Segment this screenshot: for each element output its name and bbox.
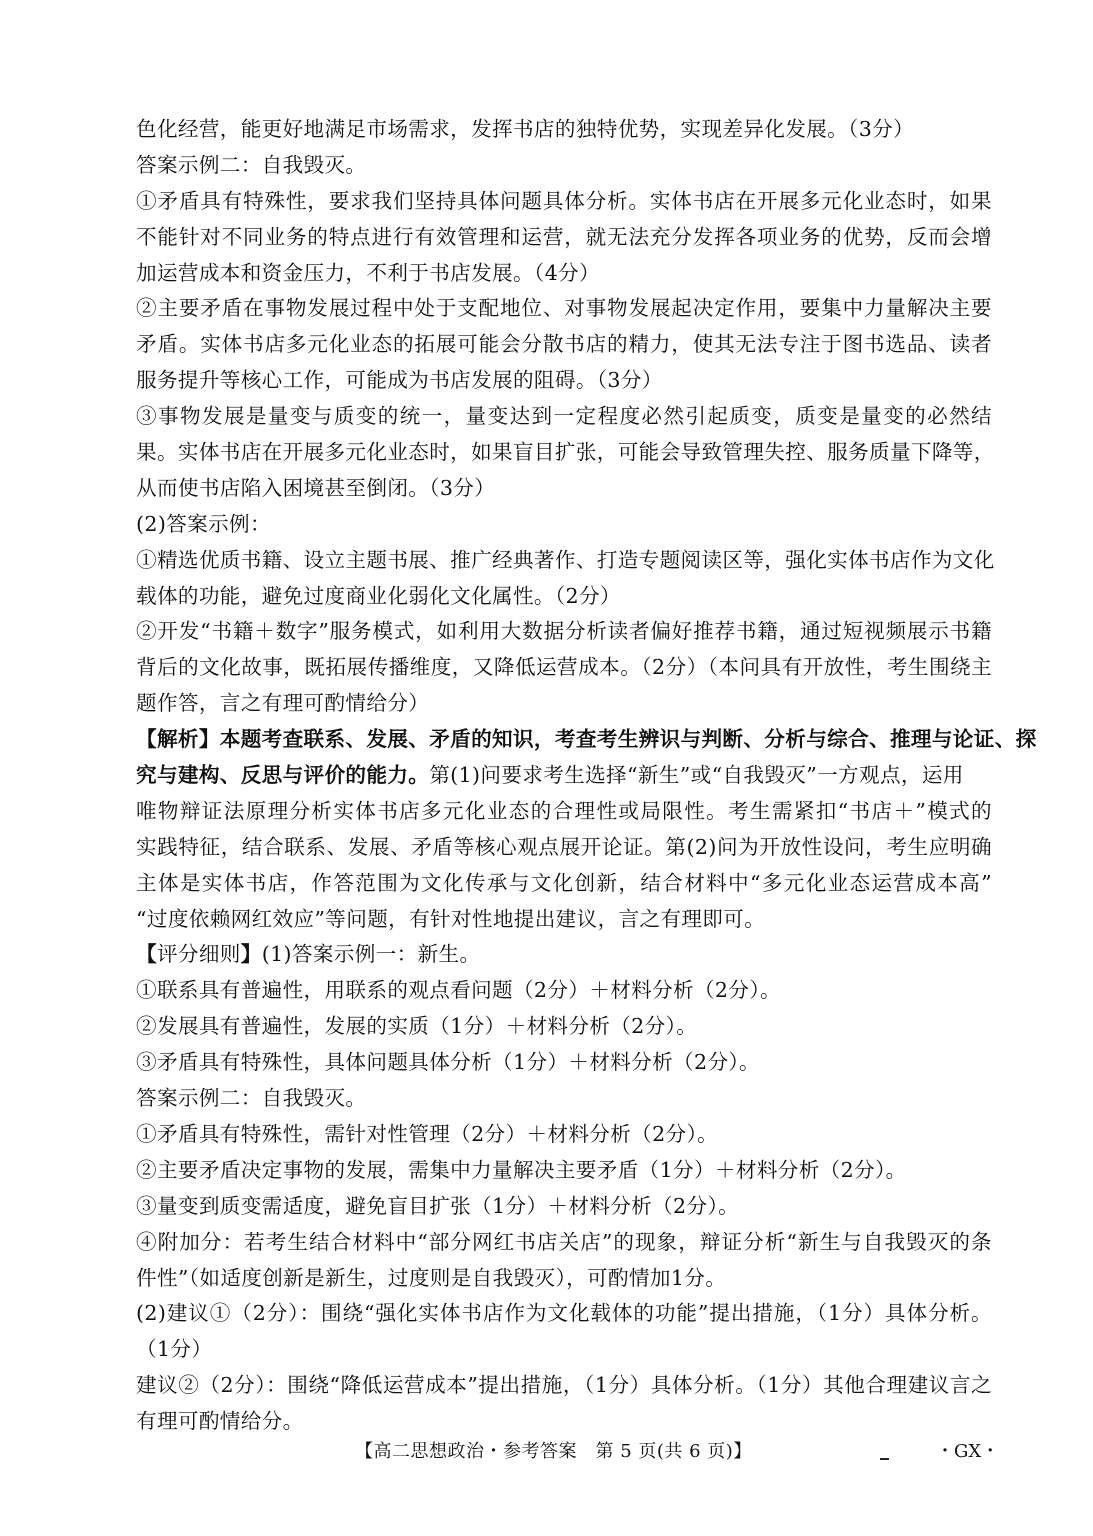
scoring-heading-rest: (1)答案示例一：新生。 <box>262 942 481 966</box>
text-line: 题作答，言之有理可酌情给分） <box>136 686 992 722</box>
text-line: 实践特征，结合联系、发展、矛盾等核心观点展开论证。第(2)问为开放性设问，考生应… <box>136 830 992 866</box>
question-2-heading: (2)答案示例： <box>136 507 992 543</box>
text-line: 答案示例二：自我毁灭。 <box>136 1081 992 1117</box>
text-line: 加运营成本和资金压力，不利于书店发展。（4分） <box>136 256 992 292</box>
footer-region-mark: ・GX・ <box>936 1437 999 1463</box>
text-line: 唯物辩证法原理分析实体书店多元化业态的合理性或局限性。考生需紧扣“书店＋”模式的 <box>136 794 992 830</box>
text-line: ①联系具有普遍性，用联系的观点看问题（2分）＋材料分析（2分）。 <box>136 973 992 1009</box>
text-line: 果。实体书店在开展多元化业态时，如果盲目扩张，可能会导致管理失控、服务质量下降等… <box>136 435 992 471</box>
text-line: 背后的文化故事，既拓展传播维度，又降低运营成本。（2分）（本问具有开放性，考生围… <box>136 650 992 686</box>
scoring-heading-line: 【评分细则】(1)答案示例一：新生。 <box>136 937 992 973</box>
text-line: ②主要矛盾在事物发展过程中处于支配地位、对事物发展起决定作用，要集中力量解决主要 <box>136 291 992 327</box>
text-line: 载体的功能，避免过度商业化弱化文化属性。（2分） <box>136 579 992 615</box>
answer-page: 色化经营，能更好地满足市场需求，发挥书店的独特优势，实现差异化发展。（3分） 答… <box>136 112 992 1440</box>
analysis-lead: 【解析】本题考查联系、发展、矛盾的知识，考查考生辨识与判断、分析与综合、推理与论… <box>136 722 992 758</box>
text-line: ③矛盾具有特殊性，具体问题具体分析（1分）＋材料分析（2分）。 <box>136 1045 992 1081</box>
text-line: （1分） <box>136 1332 992 1368</box>
text-line: ②发展具有普遍性，发展的实质（1分）＋材料分析（2分）。 <box>136 1009 992 1045</box>
text-line: 建议②（2分）：围绕“降低运营成本”提出措施，（1分）具体分析。（1分）其他合理… <box>136 1368 992 1404</box>
text-line: 究与建构、反思与评价的能力。第(1)问要求考生选择“新生”或“自我毁灭”一方观点… <box>136 758 992 794</box>
footer-dash-mark <box>880 1458 889 1460</box>
analysis-lead-end: 究与建构、反思与评价的能力。 <box>136 763 429 787</box>
analysis-text: 第(1)问要求考生选择“新生”或“自我毁灭”一方观点，运用 <box>429 763 964 787</box>
text-line: 主体是实体书店，作答范围为文化传承与文化创新，结合材料中“多元化业态运营成本高” <box>136 866 992 902</box>
scoring-section: 【评分细则】(1)答案示例一：新生。 ①联系具有普遍性，用联系的观点看问题（2分… <box>136 937 992 1439</box>
text-line: ①矛盾具有特殊性，需针对性管理（2分）＋材料分析（2分）。 <box>136 1117 992 1153</box>
analysis-section: 【解析】本题考查联系、发展、矛盾的知识，考查考生辨识与判断、分析与综合、推理与论… <box>136 722 992 937</box>
text-line: ④附加分：若考生结合材料中“部分网红书店关店”的现象，辩证分析“新生与自我毁灭的… <box>136 1225 992 1261</box>
text-line: ②开发“书籍＋数字”服务模式，如利用大数据分析读者偏好推荐书籍，通过短视频展示书… <box>136 614 992 650</box>
text-line: 从而使书店陷入困境甚至倒闭。（3分） <box>136 471 992 507</box>
scoring-heading: 评分细则 <box>157 942 241 966</box>
text-line: 有理可酌情给分。 <box>136 1404 992 1440</box>
text-line: 不能针对不同业务的特点进行有效管理和运营，就无法充分发挥各项业务的优势，反而会增 <box>136 220 992 256</box>
answer-example-two-heading: 答案示例二：自我毁灭。 <box>136 148 992 184</box>
page-footer: 【高二思想政治・参考答案 第 5 页(共 6 页)】 <box>355 1437 752 1463</box>
text-line: 服务提升等核心工作，可能成为书店发展的阻碍。（3分） <box>136 363 992 399</box>
text-line: “过度依赖网红效应”等问题，有针对性地提出建议，言之有理即可。 <box>136 902 992 938</box>
bracket-open: 【 <box>136 942 157 966</box>
text-line: ②主要矛盾决定事物的发展，需集中力量解决主要矛盾（1分）＋材料分析（2分）。 <box>136 1153 992 1189</box>
bracket-close: 】 <box>241 942 262 966</box>
text-line: ③量变到质变需适度，避免盲目扩张（1分）＋材料分析（2分）。 <box>136 1189 992 1225</box>
text-line: 件性”（如适度创新是新生，过度则是自我毁灭），可酌情加1分。 <box>136 1261 992 1297</box>
text-line: ①精选优质书籍、设立主题书展、推广经典著作、打造专题阅读区等，强化实体书店作为文… <box>136 543 992 579</box>
text-line: ③事物发展是量变与质变的统一，量变达到一定程度必然引起质变，质变是量变的必然结 <box>136 399 992 435</box>
text-line: 色化经营，能更好地满足市场需求，发挥书店的独特优势，实现差异化发展。（3分） <box>136 112 992 148</box>
text-line: (2)建议①（2分）：围绕“强化实体书店作为文化载体的功能”提出措施，（1分）具… <box>136 1296 992 1332</box>
text-line: ①矛盾具有特殊性，要求我们坚持具体问题具体分析。实体书店在开展多元化业态时，如果 <box>136 184 992 220</box>
text-line: 矛盾。实体书店多元化业态的拓展可能会分散书店的精力，使其无法专注于图书选品、读者 <box>136 327 992 363</box>
